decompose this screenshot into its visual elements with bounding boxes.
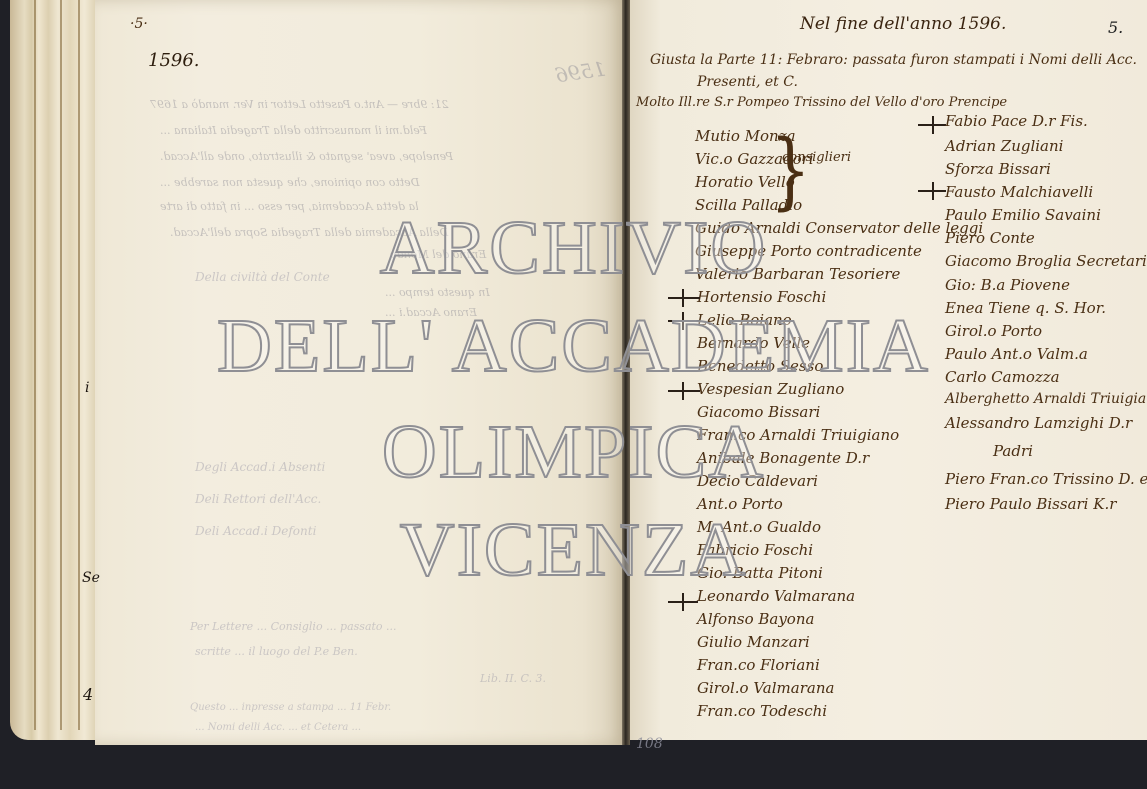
- member-name: Sforza Bissari: [945, 160, 1051, 178]
- page-number: 5.: [1108, 18, 1123, 37]
- bleed-line: Lib. II. C. 3.: [480, 672, 546, 685]
- bleed-line: Feld.mi il manuscritto della Tragedia It…: [160, 124, 427, 137]
- manuscript-spread: i Se 4 ·5· 1596. 1596 21: 9bre — Ant.o P…: [0, 0, 1147, 789]
- intro-line: Giusta la Parte 11: Febraro: passata fur…: [650, 52, 1137, 68]
- folio-number: 108: [636, 736, 663, 752]
- member-name: Adrian Zugliani: [945, 137, 1063, 155]
- intro-line: Presenti, et C.: [697, 74, 798, 90]
- member-name: Fausto Malchiavelli: [945, 183, 1093, 201]
- bleed-line: Per Lettere ... Consiglio ... passato ..…: [190, 620, 397, 633]
- bleed-line: Detto con opinione, che questa non sareb…: [160, 176, 420, 189]
- prince-line: Molto Ill.re S.r Pompeo Trissino del Vel…: [636, 95, 1007, 110]
- deceased-cross-mark: [918, 190, 946, 192]
- member-name: Alfonso Bayona: [697, 610, 814, 628]
- member-name: Giulio Manzari: [697, 633, 810, 651]
- member-name: Alberghetto Arnaldi Triuigiano K.r: [945, 391, 1147, 407]
- year-heading: 1596.: [148, 50, 200, 71]
- bleed-line: ... Nomi delli Acc. ... et Cetera ...: [195, 722, 361, 733]
- padre-name: Piero Paulo Bissari K.r: [945, 495, 1116, 513]
- page-heading: Nel fine dell'anno 1596.: [800, 14, 1006, 34]
- margin-mark: 4: [83, 685, 93, 704]
- member-name: Fran.co Todeschi: [697, 702, 827, 720]
- bleed-line: 21: 9bre — Ant.o Pasetto Lettor in Ver. …: [150, 98, 449, 111]
- corner-mark: ·5·: [130, 16, 148, 32]
- watermark-line: VICENZA: [0, 512, 1147, 588]
- bleed-line: Questo ... inpresse a stampa ... 11 Febr…: [190, 702, 391, 713]
- consiglieri-brace: }: [770, 130, 811, 213]
- watermark-line: DELL' ACCADEMIA: [0, 308, 1147, 384]
- deceased-cross-mark: [668, 601, 698, 603]
- bleed-line: Deli Rettori dell'Acc.: [195, 492, 321, 506]
- bleed-line: Penelope, avea' segnato & illustrato, on…: [160, 150, 453, 163]
- member-name: Girol.o Valmarana: [697, 679, 834, 697]
- watermark-line: ARCHIVIO: [0, 210, 1147, 286]
- deceased-cross-mark: [668, 390, 700, 392]
- member-name: Fran.co Floriani: [697, 656, 820, 674]
- deceased-cross-mark: [668, 297, 700, 299]
- member-name: Fabio Pace D.r Fis.: [945, 112, 1088, 130]
- deceased-cross-mark: [918, 124, 946, 126]
- bleed-line: scritte ... il luogo del P.e Ben.: [195, 645, 358, 658]
- watermark-line: OLIMPICA: [0, 414, 1147, 490]
